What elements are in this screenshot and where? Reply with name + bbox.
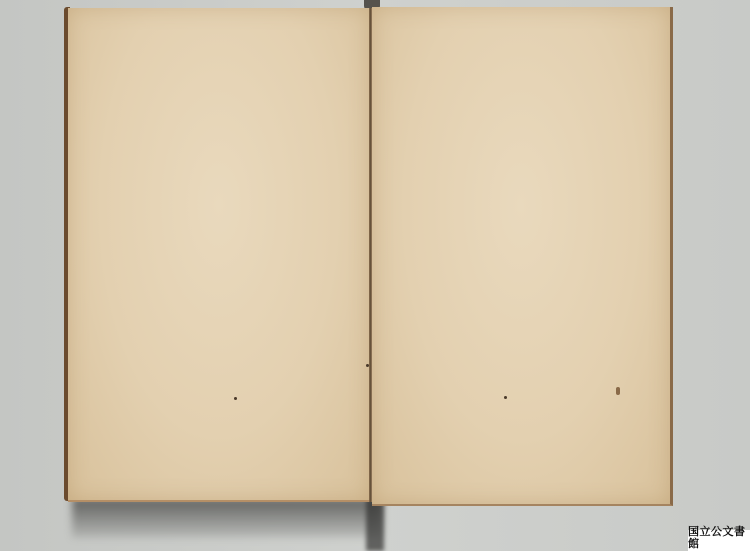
ink-speck xyxy=(234,397,237,400)
left-page xyxy=(68,8,370,502)
paper-mark xyxy=(616,387,620,395)
book-shadow xyxy=(72,498,382,538)
archive-watermark: 国立公文書館 National Archives of Japan xyxy=(688,530,750,551)
right-page xyxy=(372,7,673,506)
book-gutter xyxy=(369,8,372,502)
binding-mark xyxy=(366,364,369,367)
watermark-japanese: 国立公文書館 xyxy=(688,526,750,550)
ink-speck xyxy=(504,396,507,399)
